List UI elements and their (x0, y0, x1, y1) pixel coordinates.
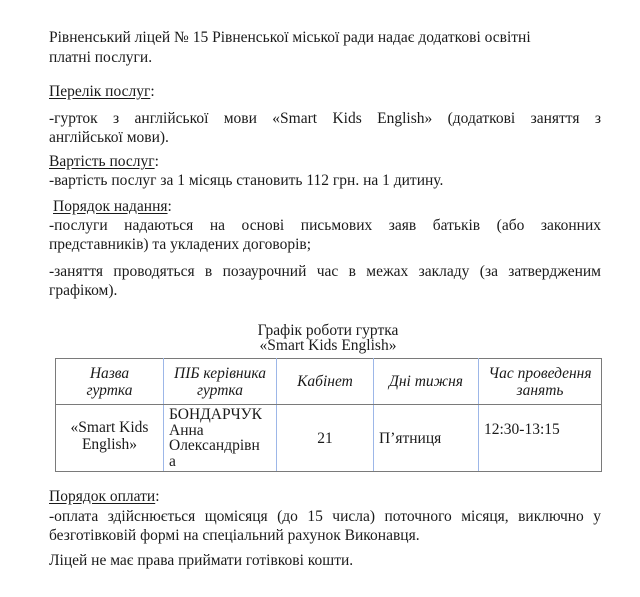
services-item-line-2: англійської мови). (49, 129, 169, 146)
payment-heading-text: Порядок оплати (49, 488, 155, 505)
header-time: Час проведеннязанять (479, 359, 602, 405)
schedule-table: Назвагуртка ПІБ керівникагуртка Кабінет … (55, 358, 602, 472)
intro-line-1: Рівненський ліцей № 15 Рівненської міськ… (49, 29, 531, 47)
provision-item-1-line-2: представників) та укладених договорів; (49, 236, 311, 253)
schedule-title-line-2: «Smart Kids English» (0, 338, 640, 353)
colon: : (155, 153, 159, 170)
cell-leader: БОНДАРЧУК Анна Олександрівн а (164, 405, 277, 472)
header-club-name: Назвагуртка (56, 359, 164, 405)
cost-text: -вартість послуг за 1 місяць становить 1… (49, 172, 443, 190)
intro-line-2: платні послуги. (49, 49, 152, 67)
payment-item-line-1: -оплата здійснюється щомісяця (до 15 чис… (49, 507, 601, 526)
services-heading-text: Перелік послуг (49, 83, 150, 100)
header-room: Кабінет (277, 359, 374, 405)
provision-item-2: -заняття проводяться в позаурочний час в… (49, 262, 601, 300)
provision-item-1-line-1: -послуги надаються на основі письмових з… (49, 216, 601, 235)
cost-heading-text: Вартість послуг (49, 153, 155, 170)
colon: : (150, 83, 154, 100)
colon: : (155, 488, 159, 505)
schedule-title-line-1: Графік роботи гуртка (0, 323, 640, 338)
table-row: «Smart KidsEnglish» БОНДАРЧУК Анна Олекс… (56, 405, 602, 472)
services-heading: Перелік послуг: (49, 83, 155, 101)
provision-item-1: -послуги надаються на основі письмових з… (49, 216, 601, 254)
provision-item-2-line-1: -заняття проводяться в позаурочний час в… (49, 262, 601, 281)
cell-room: 21 (277, 405, 374, 472)
provision-heading: Порядок надання: (53, 198, 172, 216)
note: Ліцей не має права приймати готівкові ко… (49, 552, 353, 570)
services-item: -гурток з англійської мови «Smart Kids E… (49, 109, 601, 147)
header-leader: ПІБ керівникагуртка (164, 359, 277, 405)
payment-heading: Порядок оплати: (49, 488, 160, 506)
payment-item: -оплата здійснюється щомісяця (до 15 чис… (49, 507, 601, 545)
colon: : (168, 198, 172, 215)
cell-club-name: «Smart KidsEnglish» (56, 405, 164, 472)
cell-time: 12:30-13:15 (479, 405, 602, 472)
payment-item-line-2: безготівковій формі на спеціальний рахун… (49, 527, 420, 544)
header-days: Дні тижня (374, 359, 479, 405)
cell-days: П’ятниця (374, 405, 479, 472)
table-header-row: Назвагуртка ПІБ керівникагуртка Кабінет … (56, 359, 602, 405)
provision-heading-text: Порядок надання (53, 198, 168, 215)
cost-heading: Вартість послуг: (49, 153, 159, 171)
provision-item-2-line-2: графіком). (49, 282, 117, 299)
services-item-line-1: -гурток з англійської мови «Smart Kids E… (49, 109, 601, 128)
